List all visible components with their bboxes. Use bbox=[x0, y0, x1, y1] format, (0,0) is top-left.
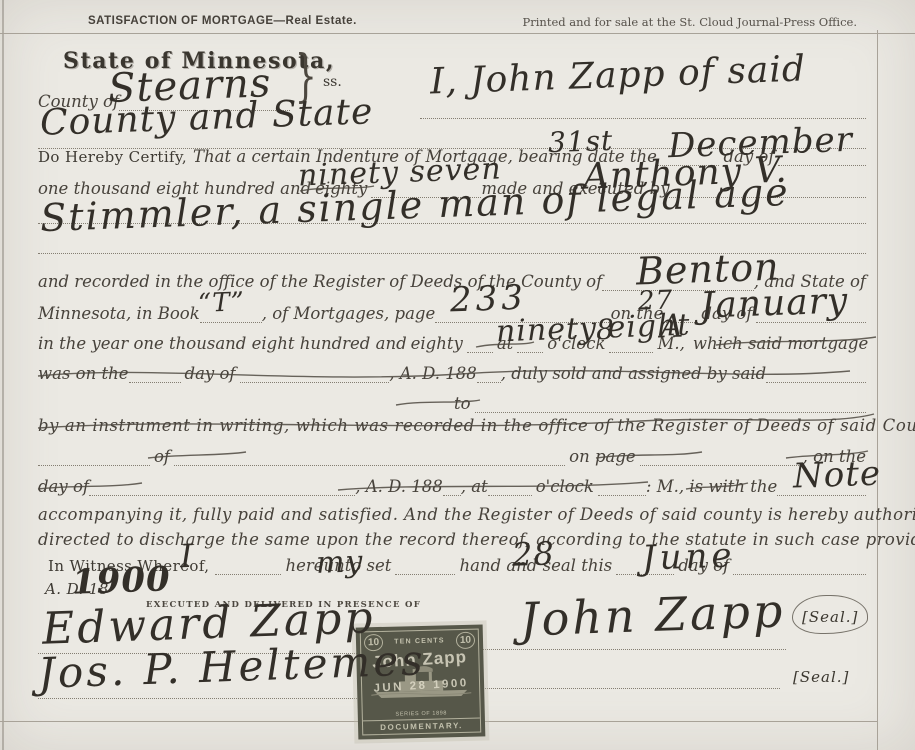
right-rule bbox=[877, 30, 878, 750]
assignment-text-5a: day of bbox=[38, 477, 89, 496]
blank-assignee bbox=[766, 380, 866, 383]
scan-edge bbox=[2, 0, 4, 750]
blank-i bbox=[215, 572, 281, 575]
top-rule bbox=[0, 33, 915, 34]
assignment-text-5b: , A. D. 188 bbox=[355, 477, 443, 496]
witness-signature-line-2 bbox=[38, 696, 363, 699]
recording-text-2b: , of Mortgages, page bbox=[262, 304, 436, 323]
blank-rec-year bbox=[467, 350, 493, 353]
assignment-text-4b: on page bbox=[565, 447, 640, 466]
handwritten-page: 233 bbox=[449, 281, 527, 318]
closing-line-1: accompanying it, fully paid and satisfie… bbox=[38, 505, 866, 524]
handwritten-meridiem: A bbox=[659, 310, 684, 343]
assignment-line-4: of on page , on the bbox=[38, 447, 866, 466]
blank-sold-month bbox=[240, 380, 390, 383]
blank-rec2-year bbox=[443, 493, 461, 496]
blank-meridiem bbox=[609, 350, 653, 353]
printer-imprint: Printed and for sale at the St. Cloud Jo… bbox=[523, 15, 857, 29]
assignment-instrument-text: by an instrument in writing, which was r… bbox=[38, 416, 915, 435]
assignment-text-1d: , duly sold and assigned by said bbox=[501, 364, 766, 383]
blank-onpage bbox=[640, 463, 803, 466]
handwritten-seal-month: June bbox=[641, 538, 736, 575]
handwritten-my: my bbox=[315, 547, 363, 579]
handwritten-note: Note bbox=[792, 456, 881, 493]
blank-seal-month bbox=[733, 572, 866, 575]
blank-date-month bbox=[778, 163, 866, 166]
seal-label-2: [Seal.] bbox=[793, 668, 849, 686]
closing-text-2: directed to discharge the same upon the … bbox=[38, 530, 915, 549]
handwritten-intro-2: County and State bbox=[39, 94, 373, 142]
blank-of bbox=[174, 463, 565, 466]
handwritten-book: “T” bbox=[198, 289, 246, 317]
assignment-text-5d: o'clock bbox=[532, 477, 598, 496]
witness-line: In Witness Whereof, hereunto set hand an… bbox=[48, 556, 866, 575]
assignment-text-1b: day of bbox=[181, 364, 240, 383]
form-header: SATISFACTION OF MORTGAGE—Real Estate. Pr… bbox=[0, 15, 877, 29]
blank-rec2-hour bbox=[488, 493, 532, 496]
recording-text-2a: Minnesota, in Book bbox=[38, 304, 200, 323]
closing-text-1: accompanying it, fully paid and satisfie… bbox=[38, 505, 915, 524]
blank-rec2-month bbox=[89, 493, 355, 496]
scilicet-abbrev: ss. bbox=[323, 74, 342, 90]
handwritten-intro-1: I, John Zapp of said bbox=[429, 51, 806, 100]
blank-sold-day bbox=[129, 380, 181, 383]
seal-label-1: [Seal.] bbox=[792, 608, 868, 626]
handwritten-year-seal: 1900 bbox=[71, 562, 171, 599]
assignment-line-1: was on the day of , A. D. 188 , duly sol… bbox=[38, 364, 866, 383]
assignment-line-3: by an instrument in writing, which was r… bbox=[38, 416, 866, 435]
handwritten-i: I bbox=[179, 540, 194, 572]
seal-circle: [Seal.] bbox=[792, 595, 868, 634]
form-title: SATISFACTION OF MORTGAGE—Real Estate. bbox=[88, 15, 357, 29]
principal-signature-line bbox=[468, 647, 786, 650]
principal-signature: John Zapp bbox=[519, 587, 786, 642]
assignment-text-1c: , A. D. 188 bbox=[389, 364, 477, 383]
assignment-text-5c: , at bbox=[461, 477, 488, 496]
handwritten-rec-month: January bbox=[699, 283, 848, 324]
struck-which-said-mortgage: which said mortgage bbox=[689, 334, 872, 353]
certify-lead: Do Hereby Certify, bbox=[38, 148, 193, 166]
blank-rec2-meridiem bbox=[598, 493, 646, 496]
blank-intro-1 bbox=[420, 116, 866, 119]
assignment-text-5e: : M., is with the bbox=[646, 477, 777, 496]
mortgage-satisfaction-document: SATISFACTION OF MORTGAGE—Real Estate. Pr… bbox=[0, 0, 915, 750]
assignment-line-5: day of , A. D. 188 , at o'clock : M., is… bbox=[38, 477, 866, 496]
stamp-type: DOCUMENTARY. bbox=[363, 718, 480, 735]
handwritten-hour: 8 bbox=[596, 316, 616, 345]
blank-sold-year bbox=[477, 380, 501, 383]
recording-text-3a: in the year one thousand eight hundred a… bbox=[38, 334, 407, 353]
handwritten-seal-day: 28 bbox=[511, 537, 555, 570]
blank-hour bbox=[517, 350, 543, 353]
assignment-text-1a: was on the bbox=[38, 364, 129, 383]
blank-to bbox=[475, 410, 866, 413]
assignment-to: to bbox=[450, 394, 475, 413]
blank-my bbox=[395, 572, 455, 575]
blank-book-2 bbox=[38, 463, 150, 466]
assignment-text-4a: of bbox=[150, 447, 174, 466]
blank-book bbox=[200, 320, 262, 323]
recording-line-3: in the year one thousand eight hundred a… bbox=[38, 334, 866, 353]
struck-eighty-2: eighty bbox=[407, 334, 467, 353]
closing-line-2: directed to discharge the same upon the … bbox=[38, 530, 866, 549]
assignment-line-2: to bbox=[38, 394, 866, 413]
handwritten-date-day: 31st bbox=[548, 127, 614, 157]
